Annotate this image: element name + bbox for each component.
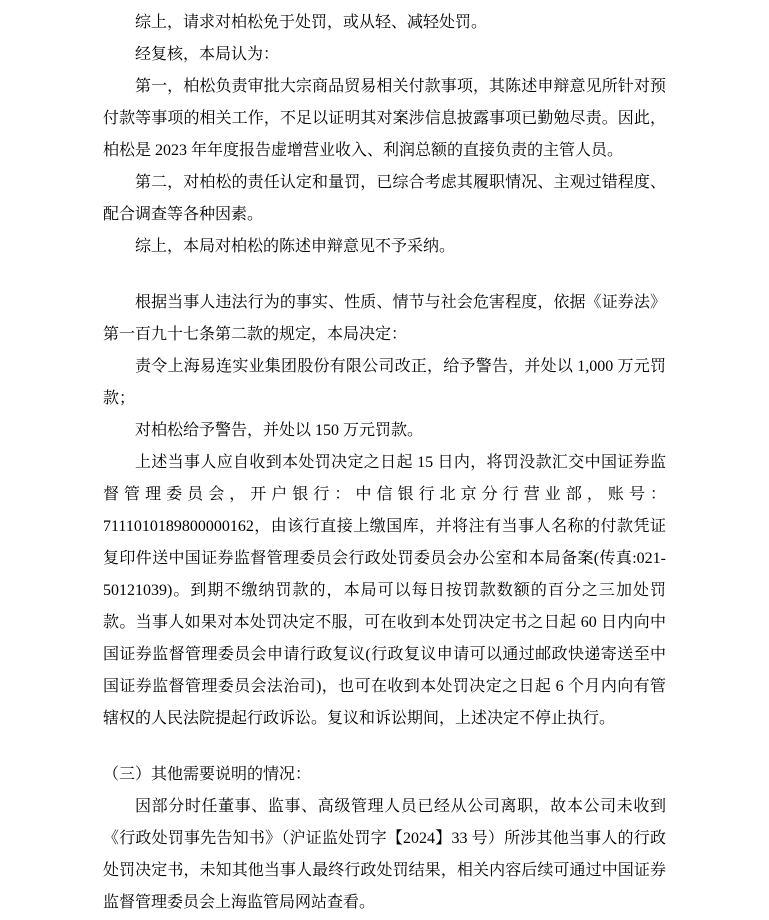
penalty-decision-text-body: 综上，请求对柏松免于处罚，或从轻、减轻处罚。经复核，本局认为：第一，柏松负责审批…	[0, 0, 769, 920]
paragraph-9: 上述当事人应自收到本处罚决定之日起 15 日内，将罚没款汇交中国证券监督管理委员…	[103, 447, 666, 735]
paragraph-11: 因部分时任董事、监事、高级管理人员已经从公司离职，故本公司未收到《行政处罚事先告…	[103, 791, 666, 919]
paragraph-8: 对柏松给予警告，并处以 150 万元罚款。	[103, 415, 666, 447]
paragraph-3: 第一，柏松负责审批大宗商品贸易相关付款事项，其陈述申辩意见所针对预付款等事项的相…	[103, 71, 666, 167]
paragraph-5: 综上，本局对柏松的陈述申辩意见不予采纳。	[103, 231, 666, 263]
paragraph-1: 综上，请求对柏松免于处罚，或从轻、减轻处罚。	[103, 7, 666, 39]
paragraph-2: 经复核，本局认为：	[103, 39, 666, 71]
paragraph-6: 根据当事人违法行为的事实、性质、情节与社会危害程度，依据《证券法》第一百九十七条…	[103, 287, 666, 351]
paragraph-10: （三）其他需要说明的情况：	[103, 759, 666, 791]
document-page: 综上，请求对柏松免于处罚，或从轻、减轻处罚。经复核，本局认为：第一，柏松负责审批…	[0, 0, 769, 920]
paragraph-4: 第二，对柏松的责任认定和量罚，已综合考虑其履职情况、主观过错程度、配合调查等各种…	[103, 167, 666, 231]
paragraph-7: 责令上海易连实业集团股份有限公司改正，给予警告，并处以 1,000 万元罚款；	[103, 351, 666, 415]
